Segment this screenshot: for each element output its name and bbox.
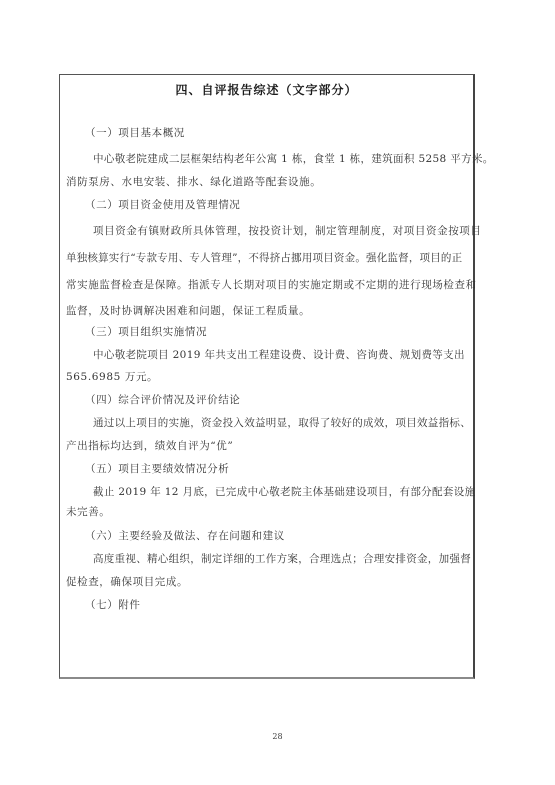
section-heading-2: （二）项目资金使用及管理情况 — [85, 197, 240, 212]
paragraph-line: 未完善。 — [66, 504, 110, 519]
section-heading-7: （七）附件 — [85, 597, 141, 612]
report-table-box: 四、自评报告综述（文字部分） （一）项目基本概况 中心敬老院建成二层框架结构老年… — [59, 74, 475, 679]
paragraph-line: 中心敬老院项目 2019 年共支出工程建设费、设计费、咨询费、规划费等支出 — [93, 347, 465, 362]
page-number: 28 — [0, 732, 555, 741]
section-heading-6: （六）主要经验及做法、存在问题和建议 — [85, 528, 285, 543]
section-title: 四、自评报告综述（文字部分） — [60, 81, 473, 98]
paragraph-line: 中心敬老院建成二层框架结构老年公寓 1 栋，食堂 1 栋，建筑面积 5258 平… — [93, 151, 494, 166]
section-heading-5: （五）项目主要绩效情况分析 — [85, 461, 229, 476]
section-heading-4: （四）综合评价情况及评价结论 — [85, 392, 240, 407]
paragraph-line: 截止 2019 年 12 月底，已完成中心敬老院主体基础建设项目，有部分配套设施 — [93, 484, 475, 499]
section-heading-1: （一）项目基本概况 — [85, 125, 185, 140]
paragraph-line: 常实施监督检查是保障。指派专人长期对项目的实施定期或不定期的进行现场检查和 — [66, 277, 477, 292]
paragraph-line: 高度重视、精心组织，制定详细的工作方案，合理选点；合理安排资金，加强督 — [93, 551, 471, 566]
paragraph-line: 消防泵房、水电安装、排水、绿化道路等配套设施。 — [66, 174, 321, 189]
paragraph-line: 项目资金有镇财政所具体管理，按投资计划，制定管理制度，对项目资金按项目 — [93, 223, 482, 238]
paragraph-line: 单独核算实行“专款专用、专人管理”，不得挤占挪用项目资金。强化监督，项目的正 — [66, 250, 462, 265]
paragraph-line: 产出指标均达到，绩效自评为“优” — [66, 438, 233, 453]
paragraph-line: 565.6985 万元。 — [66, 369, 158, 384]
section-heading-3: （三）项目组织实施情况 — [85, 324, 207, 339]
paragraph-line: 监督，及时协调解决困难和问题，保证工程质量。 — [66, 303, 310, 318]
paragraph-line: 通过以上项目的实施，资金投入效益明显，取得了较好的成效，项目效益指标、 — [93, 415, 471, 430]
paragraph-line: 促检查，确保项目完成。 — [66, 574, 188, 589]
